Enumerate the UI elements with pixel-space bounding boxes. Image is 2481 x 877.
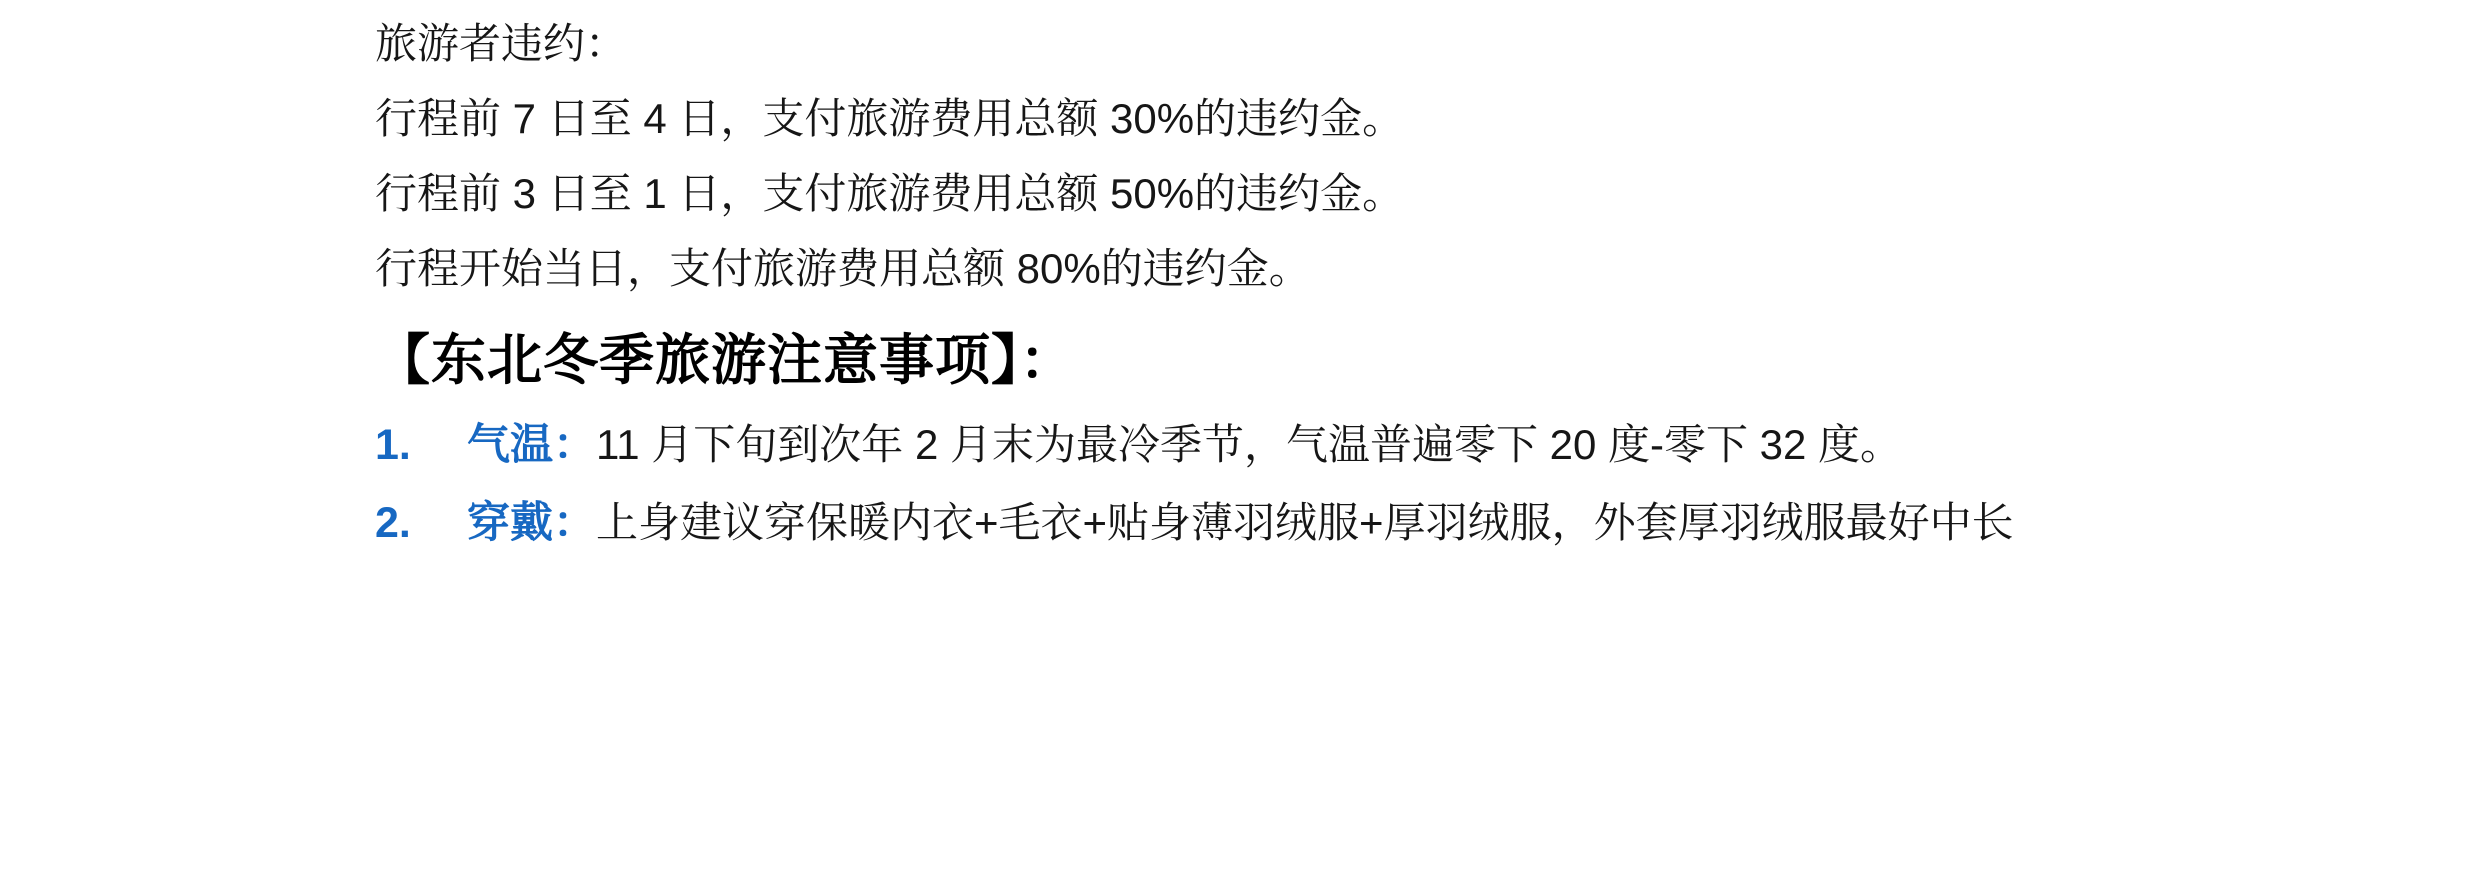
list-item-text: 11 月下旬到次年 2 月末为最冷季节，气温普遍零下 20 度-零下 32 度。	[596, 421, 1902, 468]
list-item-temperature: 1.气温：11 月下旬到次年 2 月末为最冷季节，气温普遍零下 20 度-零下 …	[375, 406, 2421, 484]
paragraph-penalty-80: 行程开始当日，支付旅游费用总额 80%的违约金。	[375, 231, 2421, 306]
document-page: 旅游者违约： 行程前 7 日至 4 日，支付旅游费用总额 30%的违约金。 行程…	[0, 0, 2481, 877]
paragraph-penalty-30: 行程前 7 日至 4 日，支付旅游费用总额 30%的违约金。	[375, 81, 2421, 156]
list-item-clothing: 2.穿戴：上身建议穿保暖内衣+毛衣+贴身薄羽绒服+厚羽绒服，外套厚羽绒服最好中长	[375, 484, 2421, 562]
list-item-number: 2.	[375, 484, 467, 562]
paragraph-penalty-50: 行程前 3 日至 1 日，支付旅游费用总额 50%的违约金。	[375, 156, 2421, 231]
paragraph-breach-title: 旅游者违约：	[375, 6, 2421, 81]
list-item-label: 穿戴：	[467, 499, 596, 547]
list-item-number: 1.	[375, 406, 467, 484]
document-body: 旅游者违约： 行程前 7 日至 4 日，支付旅游费用总额 30%的违约金。 行程…	[375, 6, 2421, 562]
section-heading-winter-notes: 【东北冬季旅游注意事项】：	[375, 314, 2421, 406]
list-item-text: 上身建议穿保暖内衣+毛衣+贴身薄羽绒服+厚羽绒服，外套厚羽绒服最好中长	[596, 499, 2014, 546]
list-item-label: 气温：	[467, 421, 596, 469]
